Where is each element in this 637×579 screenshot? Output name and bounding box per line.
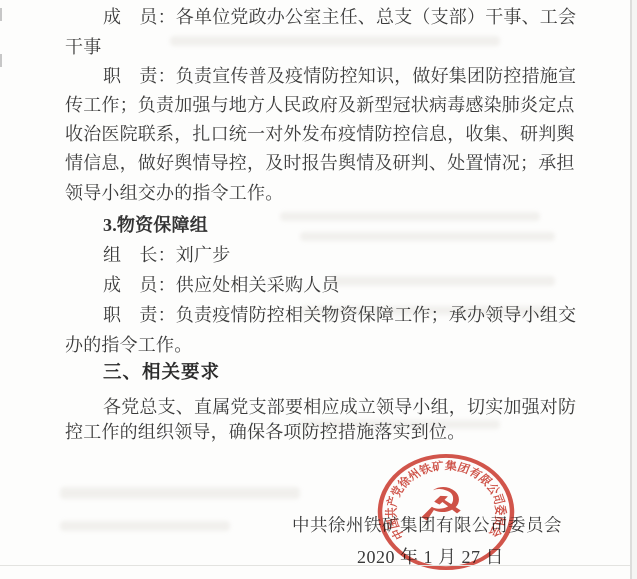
document-page: 成 员：各单位党政办公室主任、总支（支部）干事、工会 干事 职 责：负责宣传普及… xyxy=(0,0,637,579)
document-line: 干事 xyxy=(65,35,101,59)
scan-edge-artifact xyxy=(0,8,2,21)
bleedthrough-smudge xyxy=(60,521,230,531)
bleedthrough-smudge xyxy=(300,232,555,241)
scan-edge-artifact xyxy=(0,54,2,67)
bleedthrough-smudge xyxy=(60,487,300,499)
bleedthrough-smudge xyxy=(170,36,500,46)
bleedthrough-smudge xyxy=(280,212,540,221)
document-line: 职 责：负责宣传普及疫情防控知识，做好集团防控措施宣 xyxy=(103,64,576,88)
page-edge-bottom xyxy=(0,565,630,566)
document-line: 成 员：供应处相关采购人员 xyxy=(103,273,340,297)
document-line: 组 长：刘广步 xyxy=(103,243,230,267)
document-line: 情信息，做好舆情导控，及时报告舆情及研判、处置情况；承担 xyxy=(65,151,575,175)
document-line: 控工作的组织领导，确保各项防控措施落实到位。 xyxy=(65,420,465,444)
scan-margin xyxy=(632,0,637,579)
section-heading: 三、相关要求 xyxy=(103,360,220,384)
bleedthrough-smudge xyxy=(330,276,555,286)
document-line: 各党总支、直属党支部要相应成立领导小组，切实加强对防 xyxy=(103,395,576,419)
document-line: 职 责：负责疫情防控相关物资保障工作；承办领导小组交 xyxy=(103,303,576,327)
section-subheading: 3.物资保障组 xyxy=(103,213,208,237)
document-line: 收治医院联系，扎口统一对外发布疫情防控信息，收集、研判舆 xyxy=(65,122,575,146)
signature-organization: 中共徐州铁矿集团有限公司委员会 xyxy=(292,512,562,537)
document-line: 传工作；负责加强与地方人民政府及新型冠状病毒感染肺炎定点 xyxy=(65,93,575,117)
document-line: 领导小组交办的指令工作。 xyxy=(65,181,283,205)
document-line: 办的指令工作。 xyxy=(65,333,192,357)
document-line: 成 员：各单位党政办公室主任、总支（支部）干事、工会 xyxy=(103,5,576,29)
